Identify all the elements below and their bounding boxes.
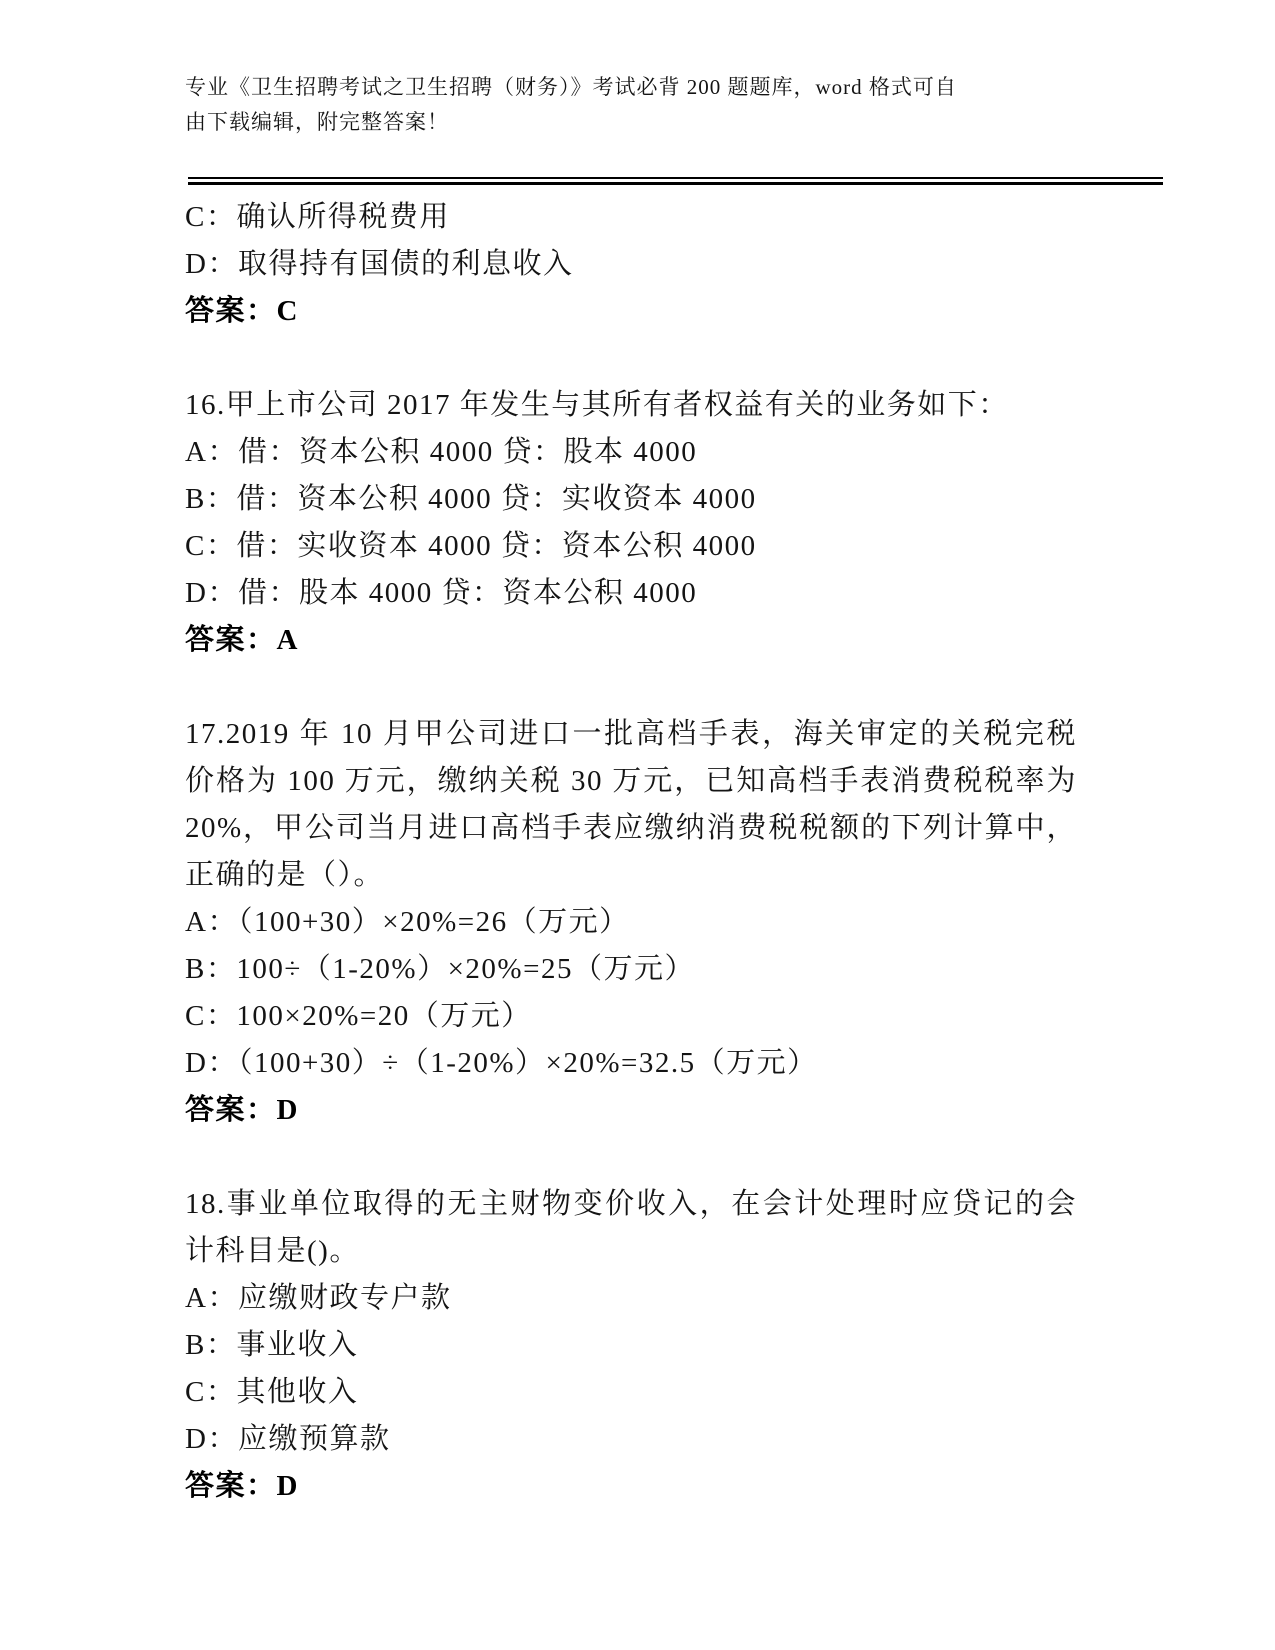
option-line: D：借：股本 4000 贷：资本公积 4000 [185, 570, 1077, 617]
option-line: D：取得持有国债的利息收入 [185, 241, 1077, 288]
option-line: C：借：实收资本 4000 贷：资本公积 4000 [185, 523, 1077, 570]
header-text: 专业《卫生招聘考试之卫生招聘（财务）》考试必背 200 题题库，word 格式可… [185, 70, 975, 140]
header-rule [188, 177, 1163, 185]
document-body: C：确认所得税费用 D：取得持有国债的利息收入 答案：C 16.甲上市公司 20… [185, 194, 1077, 1510]
answer-line: 答案：A [185, 617, 1077, 664]
option-line: C：100×20%=20（万元） [185, 993, 1077, 1040]
question-stem: 18.事业单位取得的无主财物变价收入，在会计处理时应贷记的会计科目是()。 [185, 1181, 1077, 1275]
option-line: A：应缴财政专户款 [185, 1275, 1077, 1322]
answer-line: 答案：C [185, 288, 1077, 335]
option-line: C：其他收入 [185, 1369, 1077, 1416]
question-stem: 16.甲上市公司 2017 年发生与其所有者权益有关的业务如下： [185, 382, 1077, 429]
option-line: B：借：资本公积 4000 贷：实收资本 4000 [185, 476, 1077, 523]
option-line: D：应缴预算款 [185, 1416, 1077, 1463]
question-16: 16.甲上市公司 2017 年发生与其所有者权益有关的业务如下： A：借：资本公… [185, 382, 1077, 664]
option-line: A：借：资本公积 4000 贷：股本 4000 [185, 429, 1077, 476]
option-line: B：100÷（1-20%）×20%=25（万元） [185, 946, 1077, 993]
question-stem: 17.2019 年 10 月甲公司进口一批高档手表，海关审定的关税完税价格为 1… [185, 711, 1077, 899]
option-line: D：（100+30）÷（1-20%）×20%=32.5（万元） [185, 1040, 1077, 1087]
question-18: 18.事业单位取得的无主财物变价收入，在会计处理时应贷记的会计科目是()。 A：… [185, 1181, 1077, 1510]
question-15-tail: C：确认所得税费用 D：取得持有国债的利息收入 答案：C [185, 194, 1077, 335]
option-line: B：事业收入 [185, 1322, 1077, 1369]
question-17: 17.2019 年 10 月甲公司进口一批高档手表，海关审定的关税完税价格为 1… [185, 711, 1077, 1134]
option-line: C：确认所得税费用 [185, 194, 1077, 241]
answer-line: 答案：D [185, 1463, 1077, 1510]
option-line: A：（100+30）×20%=26（万元） [185, 899, 1077, 946]
answer-line: 答案：D [185, 1087, 1077, 1134]
document-page: 专业《卫生招聘考试之卫生招聘（财务）》考试必背 200 题题库，word 格式可… [0, 0, 1275, 1650]
